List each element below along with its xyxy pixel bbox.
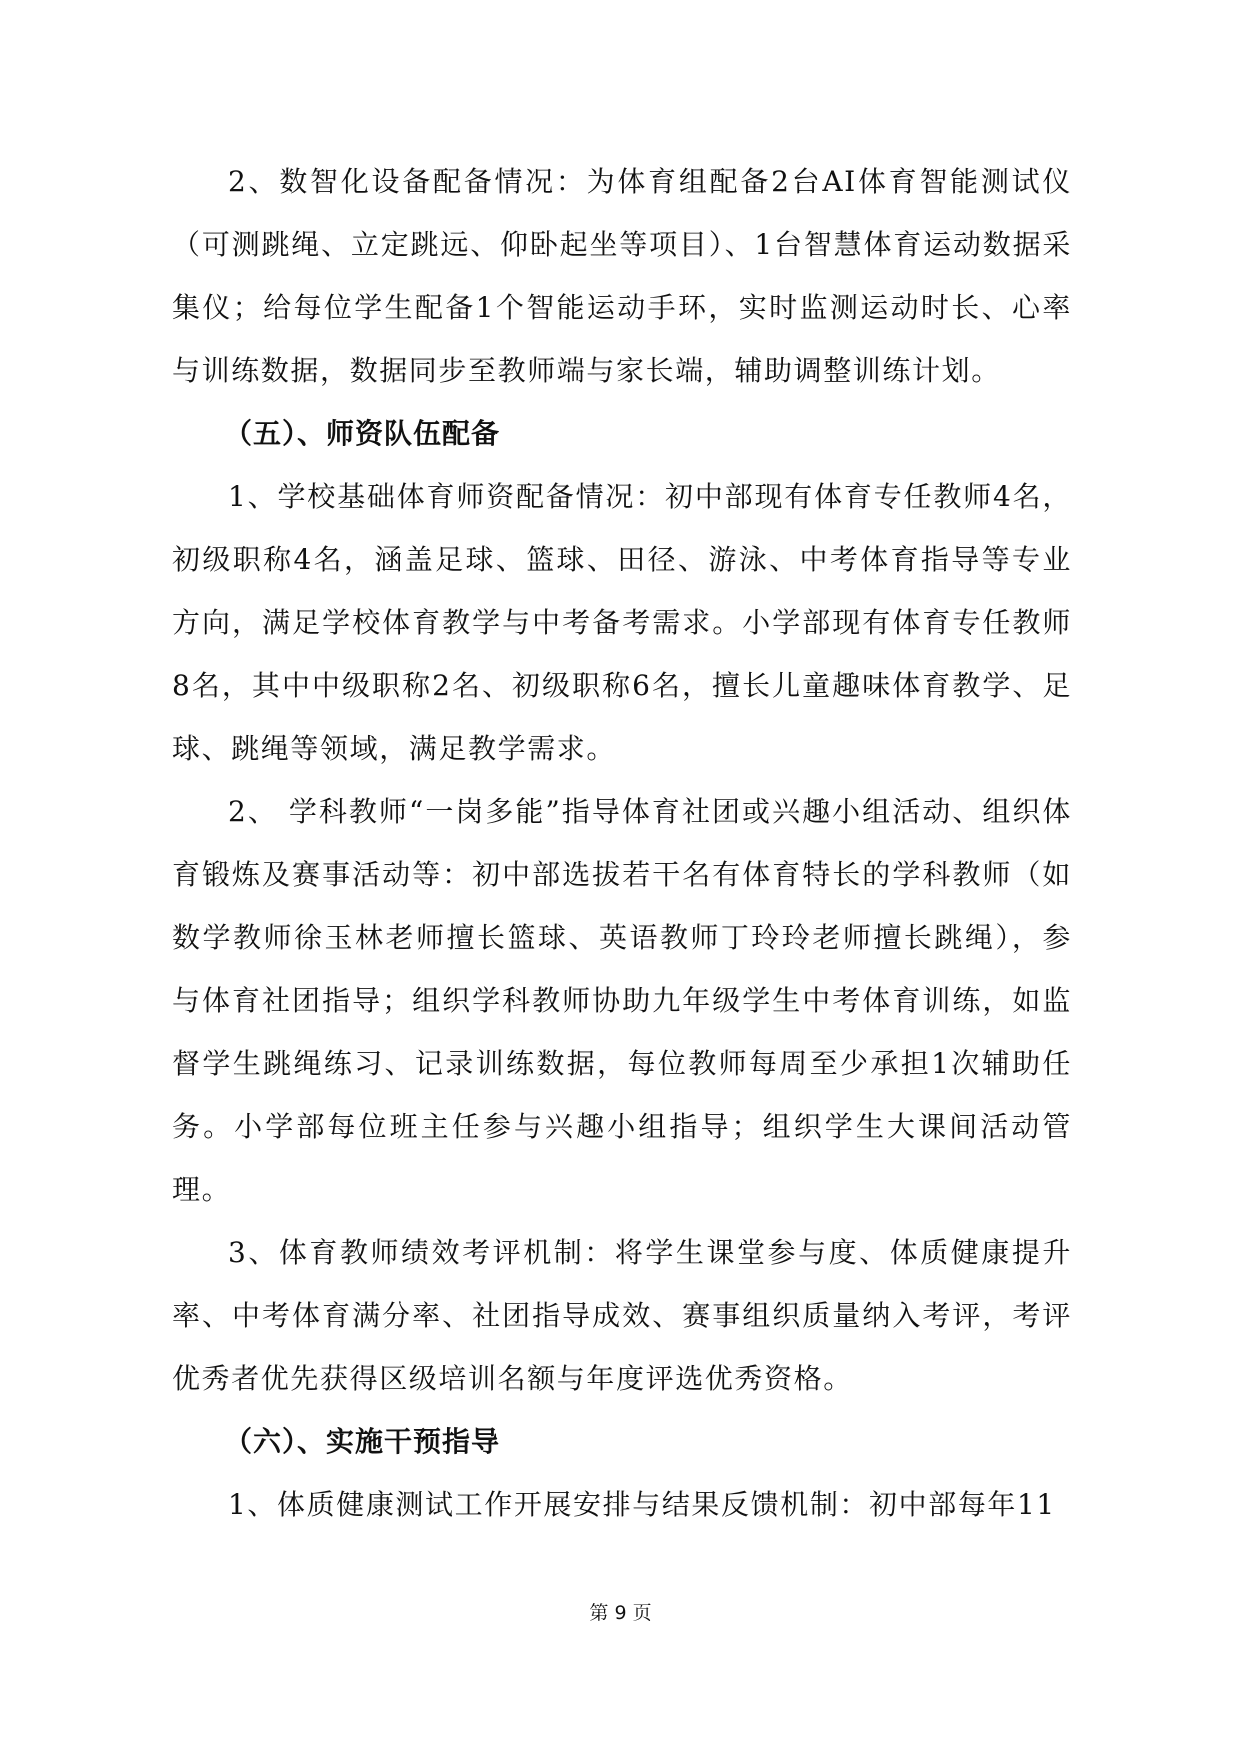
page-number: 第 9 页	[0, 1598, 1241, 1625]
paragraph-basic-pe-staff: 1、学校基础体育师资配备情况：初中部现有体育专任教师4名，初级职称4名，涵盖足球…	[172, 465, 1072, 780]
paragraph-subject-teachers: 2、 学科教师“一岗多能”指导体育社团或兴趣小组活动、组织体育锻炼及赛事活动等：…	[172, 780, 1072, 1221]
heading-intervention-guidance: （六）、实施干预指导	[172, 1410, 1072, 1473]
document-page: 2、数智化设备配备情况：为体育组配备2台AI体育智能测试仪（可测跳绳、立定跳远、…	[172, 150, 1072, 1536]
paragraph-performance-evaluation: 3、体育教师绩效考评机制：将学生课堂参与度、体质健康提升率、中考体育满分率、社团…	[172, 1221, 1072, 1410]
paragraph-fitness-testing: 1、体质健康测试工作开展安排与结果反馈机制：初中部每年11	[172, 1473, 1072, 1536]
heading-teacher-staffing: （五）、师资队伍配备	[172, 402, 1072, 465]
paragraph-digital-equipment: 2、数智化设备配备情况：为体育组配备2台AI体育智能测试仪（可测跳绳、立定跳远、…	[172, 150, 1072, 402]
